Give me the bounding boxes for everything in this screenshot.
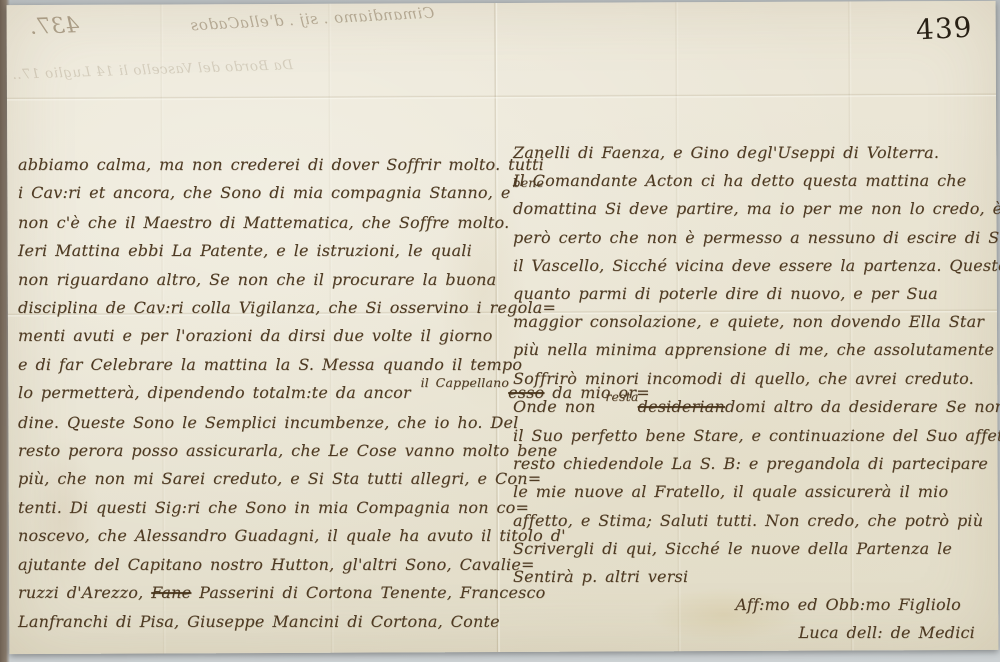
manuscript-line: non c'è che il Maestro di Mattematica, c…: [18, 209, 498, 237]
manuscript-line: non riguardano altro, Se non che il proc…: [18, 266, 498, 294]
text-segment: tenti. Di questi Sig:ri che Sono in mia …: [18, 498, 529, 517]
manuscript-line: menti avuti e per l'orazioni da dirsi du…: [18, 322, 498, 350]
text-segment: disciplina de Cav:ri colla Vigilanza, ch…: [18, 298, 556, 317]
text-segment: non riguardano altro, Se non che il proc…: [18, 270, 496, 289]
manuscript-line: dine. Queste Sono le Semplici incumbenze…: [18, 409, 498, 437]
manuscript-line: tenti. Di questi Sig:ri che Sono in mia …: [18, 494, 498, 522]
text-segment: dine. Queste Sono le Semplici incumbenze…: [18, 413, 518, 432]
text-segment: lo permetterà, dipendendo totalm:te da a…: [18, 383, 419, 402]
text-segment: quanto parmi di poterle dire di nuovo, e…: [513, 284, 938, 303]
manuscript-line: maggior consolazione, e quiete, non dove…: [513, 308, 991, 336]
manuscript-line: Soffrirò minori incomodi di quello, che …: [513, 365, 991, 393]
manuscript-line: resto chiedendole La S. B: e pregandola …: [513, 450, 991, 478]
text-segment: le mie nuove al Fratello, il quale assic…: [513, 482, 948, 501]
text-segment: abbiamo calma, ma non crederei di dover …: [18, 155, 544, 174]
text-segment: resto chiedendole La S. B: e pregandola …: [513, 454, 988, 473]
text-segment: resto perora posso assicurarla, che Le C…: [18, 441, 557, 460]
text-segment: Ieri Mattina ebbi La Patente, e le istru…: [18, 241, 472, 260]
archive-page-number: 439: [915, 11, 973, 47]
text-segment: domi altro da desiderare Se non che: [725, 397, 1000, 416]
text-segment: domattina Si deve partire, ma io per me …: [513, 199, 1000, 218]
manuscript-line: disciplina de Cav:ri colla Vigilanza, ch…: [18, 294, 498, 322]
text-segment: Scrivergli di qui, Sicché le nuove della…: [513, 539, 952, 558]
letter-right-page-text: Zanelli di Faenza, e Gino degl'Useppi di…: [513, 139, 991, 648]
text-segment: ajutante del Capitano nostro Hutton, gl'…: [18, 555, 535, 574]
manuscript-line: ruzzi d'Arezzo, Fane Passerini di Corton…: [18, 579, 498, 607]
struck-out-word: Fane: [151, 583, 191, 602]
manuscript-line: il Suo perfetto bene Stare, e continuazi…: [513, 422, 991, 450]
text-segment: Luca dell: de Medici: [798, 623, 975, 642]
text-segment: affetto, e Stima; Saluti tutti. Non cred…: [513, 511, 983, 530]
manuscript-line: lo permetterà, dipendendo totalm:te da a…: [18, 379, 498, 408]
manuscript-line: abbiamo calma, ma non crederei di dover …: [18, 151, 498, 179]
manuscript-line: il Vascello, Sicché vicina deve essere l…: [513, 252, 991, 280]
text-segment: più nella minima apprensione di me, che …: [513, 340, 994, 359]
manuscript-line: Onde non restadesideriandomi altro da de…: [513, 393, 991, 422]
manuscript-line: domattina Si deve partire, ma io per me …: [513, 195, 991, 223]
inserted-word-above-line: resta: [605, 383, 638, 411]
manuscript-line: Il Comandante Acton ci ha detto questa m…: [513, 167, 991, 195]
text-segment: però certo che non è permesso a nessuno …: [513, 228, 1000, 247]
text-segment: Sentirà p. altri versi: [513, 567, 688, 586]
struck-out-word: desiderian: [638, 397, 725, 416]
manuscript-line: i Cav:ri et ancora, che Sono di mia comp…: [18, 179, 498, 208]
manuscript-line: Sentirà p. altri versi: [513, 563, 991, 591]
text-segment: il Suo perfetto bene Stare, e continuazi…: [513, 426, 1000, 445]
manuscript-line: affetto, e Stima; Saluti tutti. Non cred…: [513, 507, 991, 535]
text-segment: Lanfranchi di Pisa, Giuseppe Mancini di …: [18, 612, 500, 631]
manuscript-line: resto perora posso assicurarla, che Le C…: [18, 437, 498, 465]
text-segment: i Cav:ri et ancora, che Sono di mia comp…: [18, 183, 511, 202]
text-segment: Il Comandante Acton ci ha detto questa m…: [513, 171, 966, 190]
manuscript-line: Aff:mo ed Obb:mo Figliolo: [513, 591, 991, 619]
manuscript-line: Scrivergli di qui, Sicché le nuove della…: [513, 535, 991, 563]
manuscript-line: Luca dell: de Medici: [513, 619, 991, 647]
manuscript-line: noscevo, che Alessandro Guadagni, il qua…: [18, 522, 498, 550]
manuscript-line: Ieri Mattina ebbi La Patente, e le istru…: [18, 237, 498, 265]
text-segment: il Vascello, Sicché vicina deve essere l…: [513, 256, 1000, 275]
text-segment: più, che non mi Sarei creduto, e Si Sta …: [18, 469, 541, 488]
letter-left-page-text: abbiamo calma, ma non crederei di dover …: [18, 151, 498, 636]
text-segment: Soffrirò minori incomodi di quello, che …: [513, 369, 974, 388]
text-segment: maggior consolazione, e quiete, non dove…: [513, 312, 984, 331]
manuscript-line: Zanelli di Faenza, e Gino degl'Useppi di…: [513, 139, 991, 167]
text-segment: Onde non: [513, 397, 603, 416]
text-segment: non c'è che il Maestro di Mattematica, c…: [18, 213, 509, 232]
inserted-word-above-line: il Cappellano: [421, 369, 510, 397]
manuscript-line: Lanfranchi di Pisa, Giuseppe Mancini di …: [18, 608, 498, 636]
manuscript-line: le mie nuove al Fratello, il quale assic…: [513, 478, 991, 506]
text-segment: Aff:mo ed Obb:mo Figliolo: [735, 595, 961, 614]
text-segment: Zanelli di Faenza, e Gino degl'Useppi di…: [513, 143, 939, 162]
text-segment: ruzzi d'Arezzo,: [18, 583, 151, 602]
manuscript-line: quanto parmi di poterle dire di nuovo, e…: [513, 280, 991, 308]
manuscript-line: più, che non mi Sarei creduto, e Si Sta …: [18, 465, 498, 493]
text-segment: noscevo, che Alessandro Guadagni, il qua…: [18, 526, 566, 545]
manuscript-line: ajutante del Capitano nostro Hutton, gl'…: [18, 551, 498, 579]
manuscript-line: più nella minima apprensione di me, che …: [513, 336, 991, 364]
manuscript-line: però certo che non è permesso a nessuno …: [513, 224, 991, 252]
text-segment: Passerini di Cortona Tenente, Francesco: [191, 583, 545, 602]
text-segment: menti avuti e per l'orazioni da dirsi du…: [18, 326, 493, 345]
